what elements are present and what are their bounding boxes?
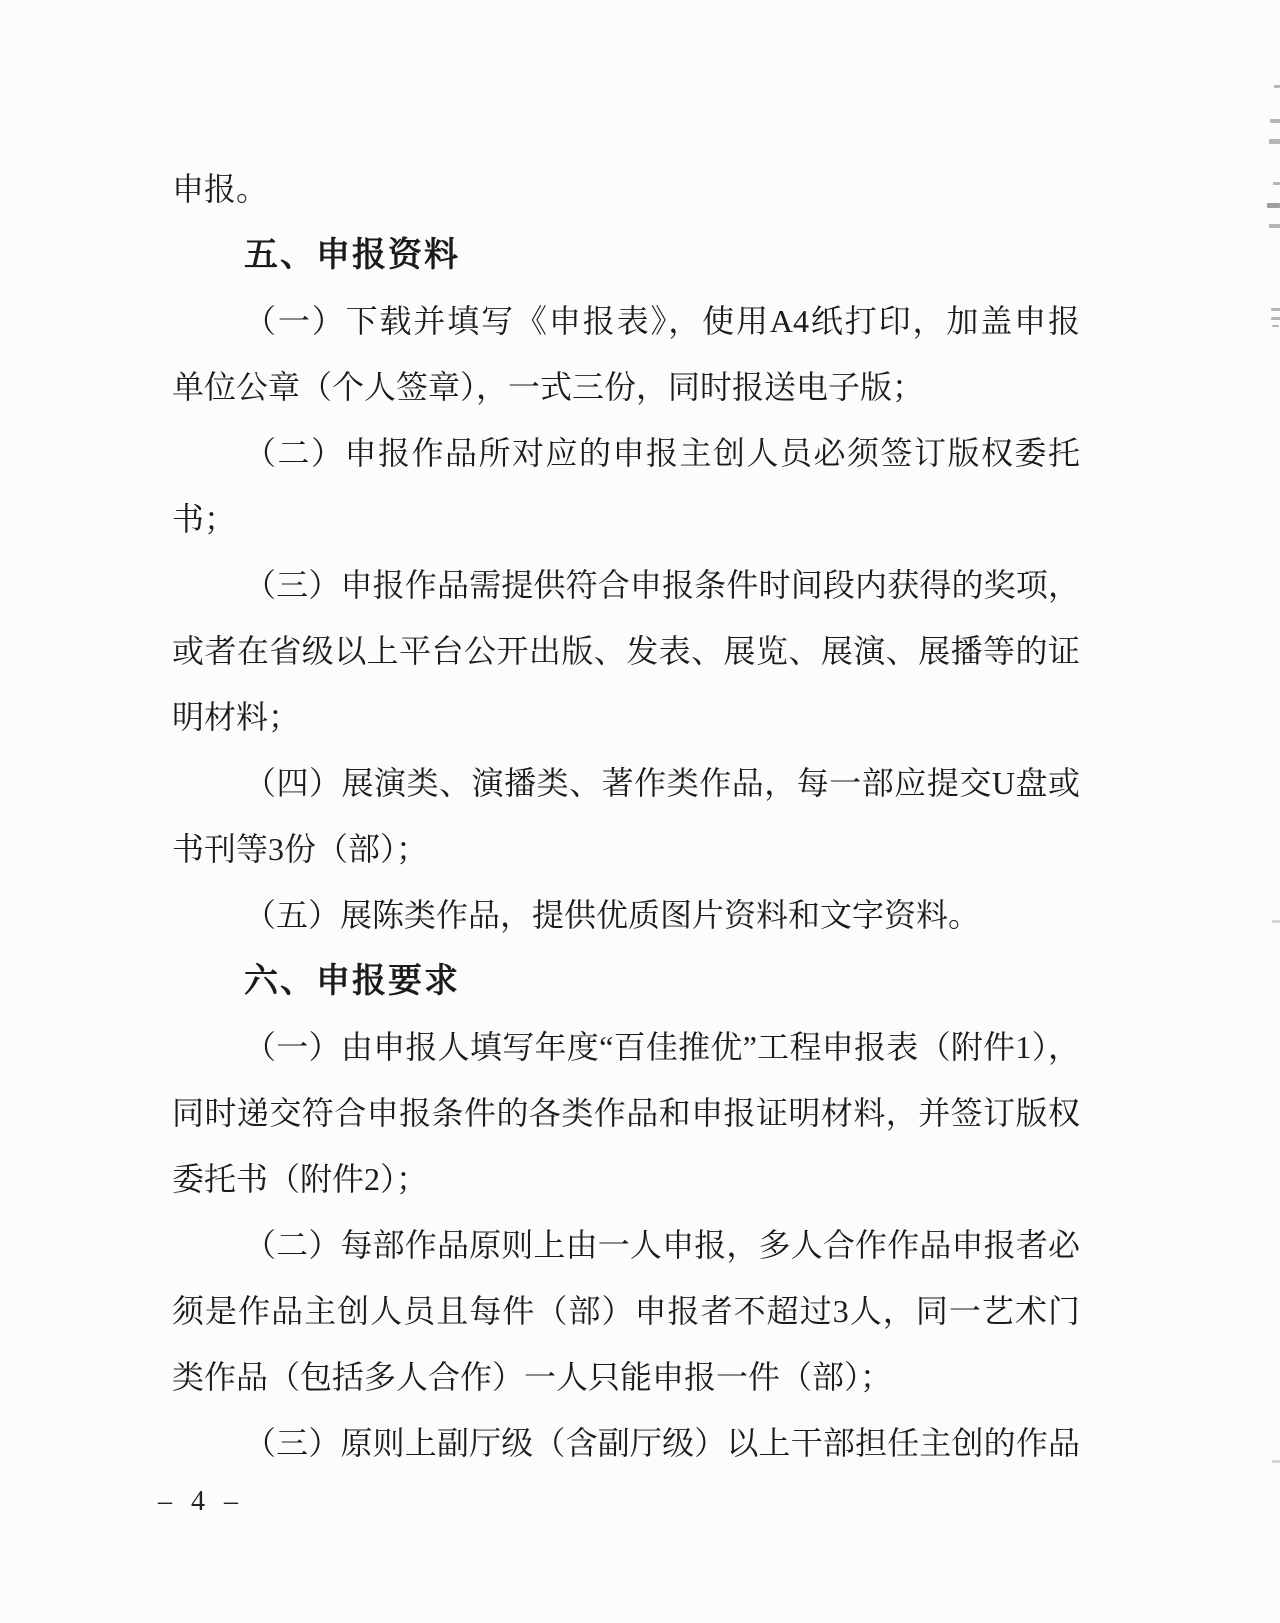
s5-item4-line2: 书刊等3份（部）； [172, 816, 1080, 882]
s5-item2-line1: （二）申报作品所对应的申报主创人员必须签订版权委托 [172, 420, 1080, 486]
scan-artifact [1271, 317, 1280, 320]
s6-item1-line1: （一）由申报人填写年度“百佳推优”工程申报表（附件1）， [172, 1014, 1080, 1080]
opening-line: 申报。 [172, 156, 1080, 222]
scan-artifact [1269, 139, 1280, 144]
s6-item2-line3: 类作品（包括多人合作）一人只能申报一件（部）； [172, 1344, 1080, 1410]
section5-heading: 五、申报资料 [172, 222, 1080, 288]
s5-item3-line1: （三）申报作品需提供符合申报条件时间段内获得的奖项， [172, 552, 1080, 618]
page-number: – 4 – [158, 1482, 244, 1522]
s6-item2-line2: 须是作品主创人员且每件（部）申报者不超过3人，同一艺术门 [172, 1278, 1080, 1344]
scan-artifact [1272, 1460, 1280, 1463]
s6-item1-line3: 委托书（附件2）； [172, 1146, 1080, 1212]
s5-item1-line1: （一）下载并填写《申报表》，使用A4纸打印，加盖申报 [172, 288, 1080, 354]
s5-item1-line2: 单位公章（个人签章），一式三份，同时报送电子版； [172, 354, 1080, 420]
s6-item1-line2: 同时递交符合申报条件的各类作品和申报证明材料，并签订版权 [172, 1080, 1080, 1146]
scan-artifact [1272, 325, 1279, 327]
scan-artifact [1269, 224, 1280, 228]
scan-artifact [1267, 203, 1280, 208]
section6-heading: 六、申报要求 [172, 948, 1080, 1014]
s6-item2-line1: （二）每部作品原则上由一人申报，多人合作作品申报者必 [172, 1212, 1080, 1278]
s5-item3-line2: 或者在省级以上平台公开出版、发表、展览、展演、展播等的证 [172, 618, 1080, 684]
scan-artifact [1272, 920, 1280, 923]
scan-artifact [1273, 182, 1280, 185]
s6-item3-line1: （三）原则上副厅级（含副厅级）以上干部担任主创的作品 [172, 1410, 1080, 1476]
scan-artifact [1270, 119, 1280, 123]
scan-artifact [1274, 85, 1280, 88]
s5-item2-line2: 书； [172, 486, 1080, 552]
s5-item5-line1: （五）展陈类作品，提供优质图片资料和文字资料。 [172, 882, 1080, 948]
s5-item4-line1: （四）展演类、演播类、著作类作品，每一部应提交U盘或 [172, 750, 1080, 816]
document-page: 申报。 五、申报资料 （一）下载并填写《申报表》，使用A4纸打印，加盖申报 单位… [0, 0, 1280, 1623]
document-body: 申报。 五、申报资料 （一）下载并填写《申报表》，使用A4纸打印，加盖申报 单位… [172, 156, 1080, 1476]
scan-artifact [1271, 308, 1280, 311]
s5-item3-line3: 明材料； [172, 684, 1080, 750]
